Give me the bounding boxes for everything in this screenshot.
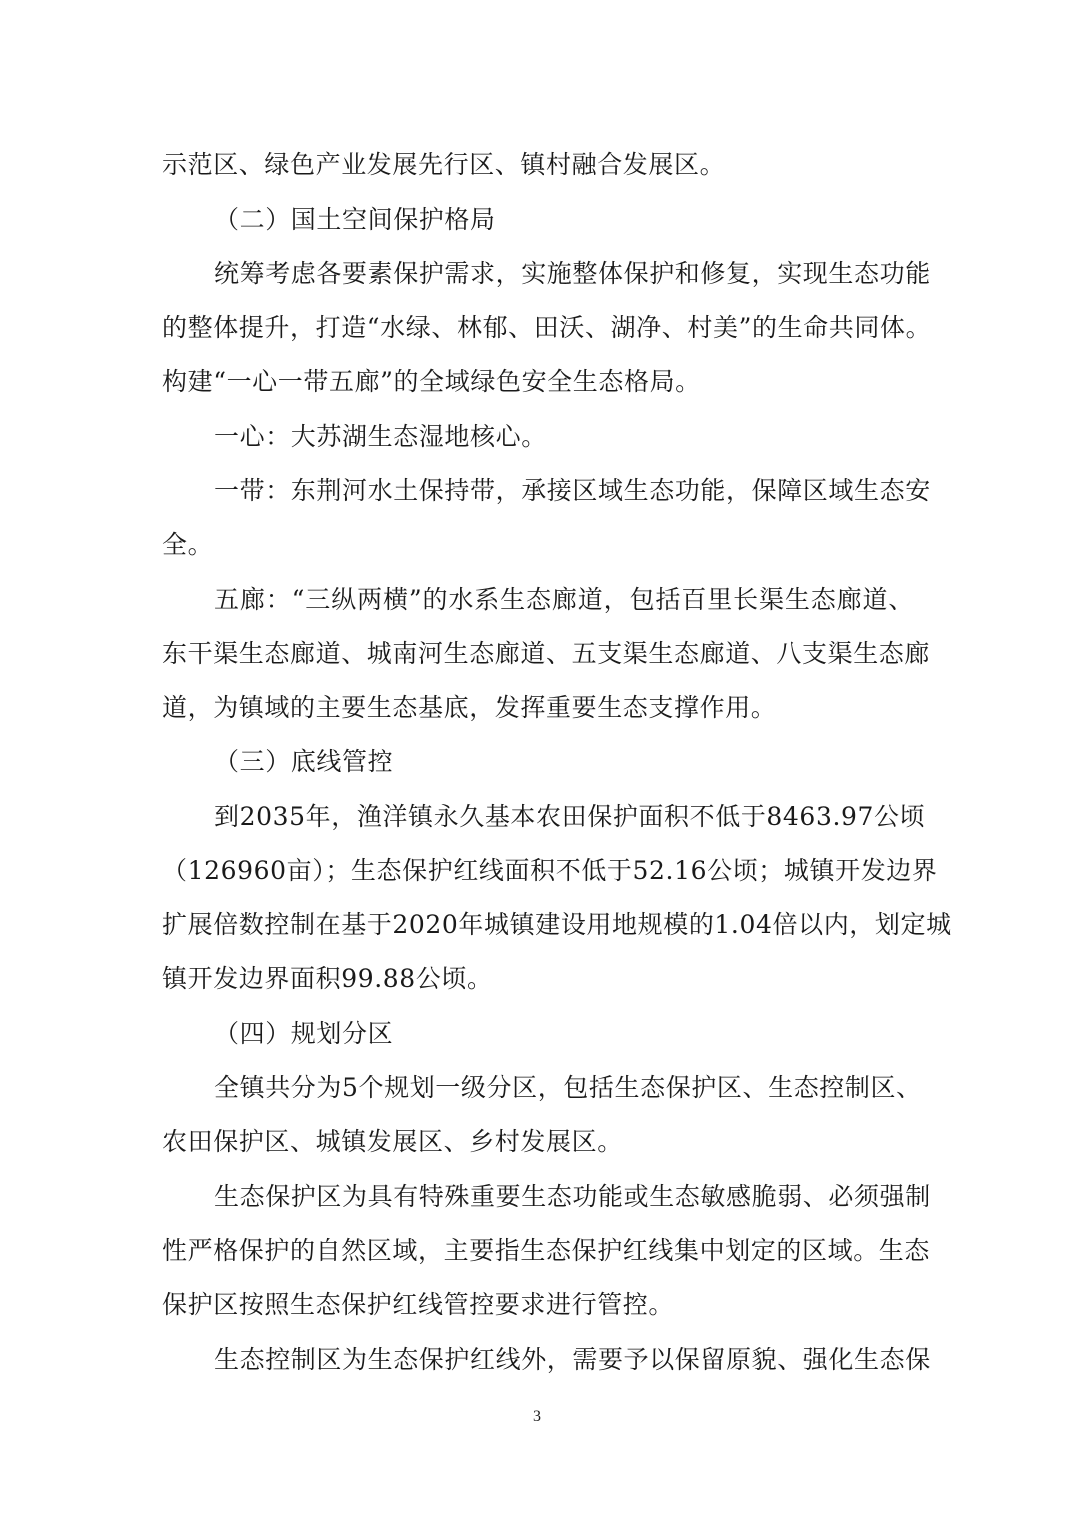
- section-heading-2: （二）国土空间保护格局: [214, 205, 914, 235]
- paragraph-line: （126960亩）；生态保护红线面积不低于52.16公顷；城镇开发边界: [162, 856, 914, 886]
- document-page: 示范区、绿色产业发展先行区、镇村融合发展区。 （二）国土空间保护格局 统筹考虑各…: [0, 0, 1074, 1520]
- section-heading-3: （三）底线管控: [214, 747, 914, 777]
- paragraph-line: 镇开发边界面积99.88公顷。: [162, 964, 914, 994]
- paragraph-line: 五廊：“三纵两横”的水系生态廊道，包括百里长渠生态廊道、: [214, 585, 914, 615]
- paragraph-line: 生态控制区为生态保护红线外，需要予以保留原貌、强化生态保: [214, 1345, 914, 1375]
- section-heading-4: （四）规划分区: [214, 1019, 914, 1049]
- paragraph-line: 保护区按照生态保护红线管控要求进行管控。: [162, 1290, 914, 1320]
- paragraph-line: 道，为镇域的主要生态基底，发挥重要生态支撑作用。: [162, 693, 914, 723]
- paragraph-line: 性严格保护的自然区域，主要指生态保护红线集中划定的区域。生态: [162, 1236, 914, 1266]
- paragraph-line: 全镇共分为5个规划一级分区，包括生态保护区、生态控制区、: [214, 1073, 914, 1103]
- paragraph-line: 一带：东荆河水土保持带，承接区域生态功能，保障区域生态安: [214, 476, 914, 506]
- paragraph-line: 统筹考虑各要素保护需求，实施整体保护和修复，实现生态功能: [214, 259, 914, 289]
- paragraph-line: 全。: [162, 530, 914, 560]
- paragraph-line: 示范区、绿色产业发展先行区、镇村融合发展区。: [162, 150, 914, 180]
- paragraph-line: 构建“一心一带五廊”的全域绿色安全生态格局。: [162, 367, 914, 397]
- paragraph-line: 农田保护区、城镇发展区、乡村发展区。: [162, 1127, 914, 1157]
- paragraph-line: 扩展倍数控制在基于2020年城镇建设用地规模的1.04倍以内，划定城: [162, 910, 914, 940]
- paragraph-line: 的整体提升，打造“水绿、林郁、田沃、湖净、村美”的生命共同体。: [162, 313, 914, 343]
- paragraph-line: 生态保护区为具有特殊重要生态功能或生态敏感脆弱、必须强制: [214, 1182, 914, 1212]
- paragraph-line: 到2035年，渔洋镇永久基本农田保护面积不低于8463.97公顷: [214, 802, 914, 832]
- paragraph-line: 一心：大苏湖生态湿地核心。: [214, 422, 914, 452]
- paragraph-line: 东干渠生态廊道、城南河生态廊道、五支渠生态廊道、八支渠生态廊: [162, 639, 914, 669]
- page-number: 3: [0, 1407, 1074, 1427]
